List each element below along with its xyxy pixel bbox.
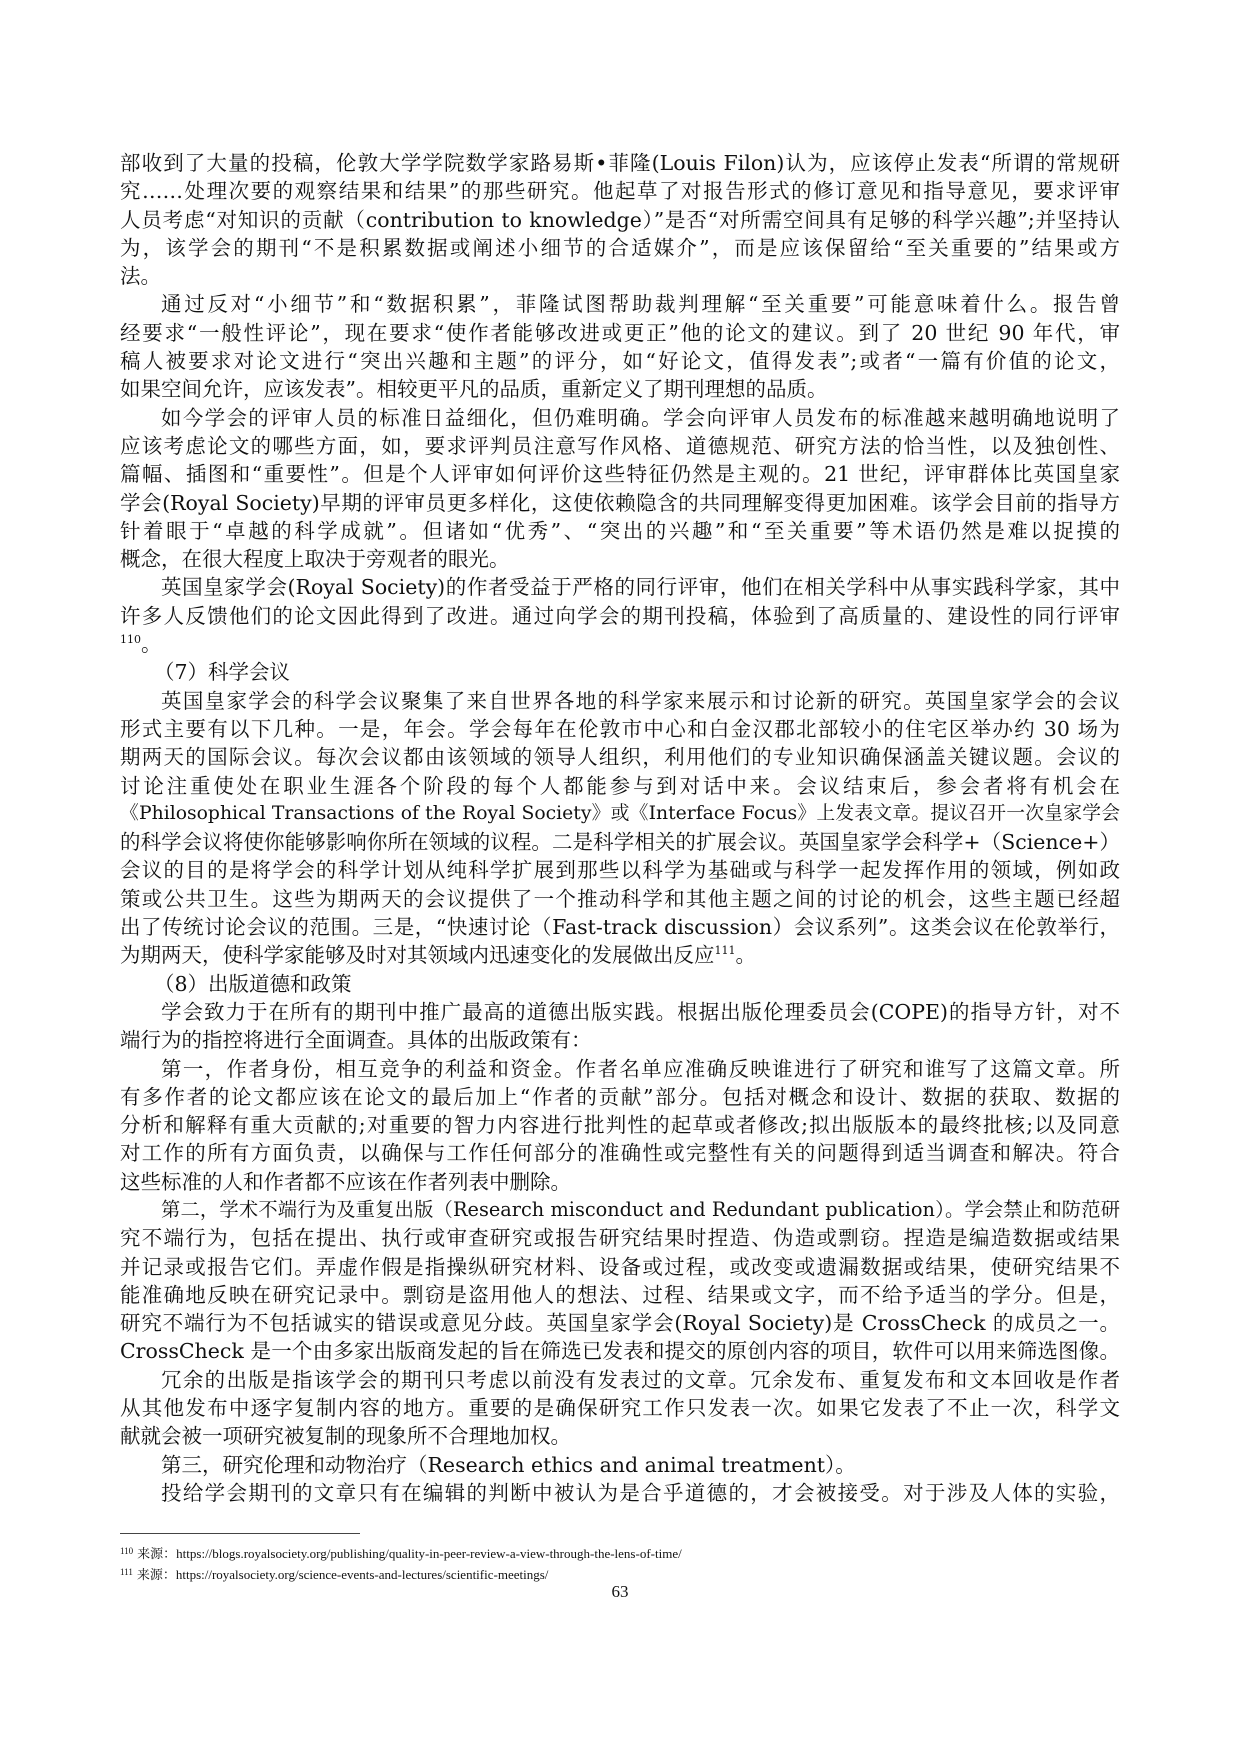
line-text: 学会致力于在所有的期刊中推广最高的道德出版实践。根据出版伦理委员会(COPE)的… — [161, 1000, 1120, 1024]
line-text: 这些标准的人和作者都不应该在作者列表中删除。 — [120, 1170, 571, 1194]
body-text: 部收到了大量的投稿，伦敦大学学院数学家路易斯•菲隆(Louis Filon)认为… — [120, 149, 1120, 1507]
text-line: 策或公共卫生。这些为期两天的会议提供了一个推动科学和其他主题之间的讨论的机会，这… — [120, 885, 1120, 913]
text-line: 许多人反馈他们的论文因此得到了改进。通过向学会的期刊投稿，体验到了高质量的、建设… — [120, 602, 1120, 630]
line-text: 概念，在很大程度上取决于旁观者的眼光。 — [120, 547, 510, 571]
text-line: 从其他发布中逐字复制内容的地方。重要的是确保研究工作只发表一次。如果它发表了不止… — [120, 1394, 1120, 1422]
line-text: 端行为的指控将进行全面调查。具体的出版政策有： — [120, 1028, 592, 1052]
line-text: 能准确地反映在研究记录中。剽窃是盗用他人的想法、过程、结果或文字，而不给予适当的… — [120, 1283, 1120, 1307]
line-text: 学会(Royal Society)早期的评审员更多样化，这使依赖隐含的共同理解变… — [120, 491, 1120, 515]
line-text: 为期两天，使科学家能够及时对其领域内迅速变化的发展做出反应 — [120, 943, 715, 967]
text-line: 对工作的所有方面负责，以确保与工作任何部分的准确性或完整性有关的问题得到适当调查… — [120, 1139, 1120, 1167]
footnote-text[interactable]: 来源：https://blogs.royalsociety.org/publis… — [137, 1546, 682, 1561]
section-heading: （7）科学会议 — [120, 658, 1120, 686]
line-text: 第三，研究伦理和动物治疗（Research ethics and animal … — [161, 1453, 856, 1477]
text-line: 《Philosophical Transactions of the Royal… — [120, 800, 1120, 828]
line-text: 并记录或报告它们。弄虚作假是指操纵研究材料、设备或过程，或改变或遗漏数据或结果，… — [120, 1255, 1120, 1279]
line-text: 对工作的所有方面负责，以确保与工作任何部分的准确性或完整性有关的问题得到适当调查… — [120, 1141, 1120, 1165]
text-line: 研究不端行为不包括诚实的错误或意见分歧。英国皇家学会(Royal Society… — [120, 1309, 1120, 1337]
text-line: 形式主要有以下几种。一是，年会。学会每年在伦敦市中心和白金汉郡北部较小的住宅区举… — [120, 715, 1120, 743]
text-line: 法。 — [120, 262, 1120, 290]
footnote-number: 110 — [120, 1546, 133, 1556]
text-line: 讨论注重使处在职业生涯各个阶段的每个人都能参与到对话中来。会议结束后，参会者将有… — [120, 772, 1120, 800]
line-text: 。 — [141, 632, 162, 656]
line-text: 如果空间允许，应该发表”。相较更平凡的品质，重新定义了期刊理想的品质。 — [120, 377, 827, 401]
line-text: 人员考虑“对知识的贡献（contribution to knowledge）”是… — [120, 208, 1120, 232]
line-text: 应该考虑论文的哪些方面，如，要求评判员注意写作风格、道德规范、研究方法的恰当性，… — [120, 434, 1120, 458]
text-line: 第二，学术不端行为及重复出版（Research misconduct and R… — [120, 1196, 1120, 1224]
line-text: 期两天的国际会议。每次会议都由该领域的领导人组织，利用他们的专业知识确保涵盖关键… — [120, 745, 1120, 769]
text-line: 应该考虑论文的哪些方面，如，要求评判员注意写作风格、道德规范、研究方法的恰当性，… — [120, 432, 1120, 460]
text-line: 能准确地反映在研究记录中。剽窃是盗用他人的想法、过程、结果或文字，而不给予适当的… — [120, 1281, 1120, 1309]
text-line: 期两天的国际会议。每次会议都由该领域的领导人组织，利用他们的专业知识确保涵盖关键… — [120, 743, 1120, 771]
footnote-text[interactable]: 来源：https://royalsociety.org/science-even… — [137, 1567, 549, 1582]
text-line: 会议的目的是将学会的科学计划从纯科学扩展到那些以科学为基础或与科学一起发挥作用的… — [120, 856, 1120, 884]
text-line: 篇幅、插图和“重要性”。但是个人评审如何评价这些特征仍然是主观的。21 世纪，评… — [120, 460, 1120, 488]
text-line: 出了传统讨论会议的范围。三是，“快速讨论（Fast-track discussi… — [120, 913, 1120, 941]
line-text: 第一，作者身份，相互竞争的利益和资金。作者名单应准确反映谁进行了研究和谁写了这篇… — [161, 1057, 1120, 1081]
line-text: 冗余的出版是指该学会的期刊只考虑以前没有发表过的文章。冗余发布、重复发布和文本回… — [161, 1368, 1120, 1392]
footnote-reference[interactable]: 110 — [120, 633, 141, 646]
text-line: 稿人被要求对论文进行“突出兴趣和主题”的评分，如“好论文，值得发表”;或者“一篇… — [120, 347, 1120, 375]
footnote-divider — [120, 1533, 360, 1534]
footnote: 110来源：https://blogs.royalsociety.org/pub… — [120, 1542, 1120, 1563]
text-line: 献就会被一项研究被复制的现象所不合理地加权。 — [120, 1422, 1120, 1450]
line-text: 第二，学术不端行为及重复出版（Research misconduct and R… — [161, 1198, 1120, 1221]
line-text: 英国皇家学会(Royal Society)的作者受益于严格的同行评审，他们在相关… — [161, 575, 1120, 599]
line-text: 献就会被一项研究被复制的现象所不合理地加权。 — [120, 1424, 571, 1448]
line-text: 篇幅、插图和“重要性”。但是个人评审如何评价这些特征仍然是主观的。21 世纪，评… — [120, 462, 1120, 486]
text-line: 学会致力于在所有的期刊中推广最高的道德出版实践。根据出版伦理委员会(COPE)的… — [120, 998, 1120, 1026]
line-text: 分析和解释有重大贡献的;对重要的智力内容进行批判性的起草或者修改;拟出版版本的最… — [120, 1113, 1120, 1137]
line-text: 究不端行为，包括在提出、执行或审查研究或报告研究结果时捏造、伪造或剽窃。捏造是编… — [120, 1226, 1120, 1250]
text-line: 有多作者的论文都应该在论文的最后加上“作者的贡献”部分。包括对概念和设计、数据的… — [120, 1083, 1120, 1111]
line-text: 研究不端行为不包括诚实的错误或意见分歧。英国皇家学会(Royal Society… — [120, 1311, 1120, 1335]
footnotes: 110来源：https://blogs.royalsociety.org/pub… — [120, 1542, 1120, 1584]
text-line: 端行为的指控将进行全面调查。具体的出版政策有： — [120, 1026, 1120, 1054]
text-line: 110。 — [120, 630, 1120, 658]
text-line: 并记录或报告它们。弄虚作假是指操纵研究材料、设备或过程，或改变或遗漏数据或结果，… — [120, 1253, 1120, 1281]
line-text: （7）科学会议 — [154, 660, 290, 684]
line-text: 如今学会的评审人员的标准日益细化，但仍难明确。学会向评审人员发布的标准越来越明确… — [161, 406, 1120, 430]
line-text: 英国皇家学会的科学会议聚集了来自世界各地的科学家来展示和讨论新的研究。英国皇家学… — [161, 689, 1120, 713]
text-line: 人员考虑“对知识的贡献（contribution to knowledge）”是… — [120, 206, 1120, 234]
text-line: 第三，研究伦理和动物治疗（Research ethics and animal … — [120, 1451, 1120, 1479]
text-line: 投给学会期刊的文章只有在编辑的判断中被认为是合乎道德的，才会被接受。对于涉及人体… — [120, 1479, 1120, 1507]
text-line: 的科学会议将使你能够影响你所在领域的议程。二是科学相关的扩展会议。英国皇家学会科… — [120, 828, 1120, 856]
line-text: 许多人反馈他们的论文因此得到了改进。通过向学会的期刊投稿，体验到了高质量的、建设… — [120, 604, 1120, 628]
text-line: 如果空间允许，应该发表”。相较更平凡的品质，重新定义了期刊理想的品质。 — [120, 375, 1120, 403]
line-text: 会议的目的是将学会的科学计划从纯科学扩展到那些以科学为基础或与科学一起发挥作用的… — [120, 858, 1120, 882]
line-text: 的科学会议将使你能够影响你所在领域的议程。二是科学相关的扩展会议。英国皇家学会科… — [120, 830, 1120, 854]
line-text: CrossCheck 是一个由多家出版商发起的旨在筛选已发表和提交的原创内容的项… — [120, 1339, 1120, 1363]
text-line: 英国皇家学会(Royal Society)的作者受益于严格的同行评审，他们在相关… — [120, 573, 1120, 601]
text-line: 究不端行为，包括在提出、执行或审查研究或报告研究结果时捏造、伪造或剽窃。捏造是编… — [120, 1224, 1120, 1252]
section-heading: （8）出版道德和政策 — [120, 970, 1120, 998]
text-line: 冗余的出版是指该学会的期刊只考虑以前没有发表过的文章。冗余发布、重复发布和文本回… — [120, 1366, 1120, 1394]
text-line: 究……处理次要的观察结果和结果”的那些研究。他起草了对报告形式的修订意见和指导意… — [120, 177, 1120, 205]
line-text: 出了传统讨论会议的范围。三是，“快速讨论（Fast-track discussi… — [120, 915, 1120, 939]
text-line: 分析和解释有重大贡献的;对重要的智力内容进行批判性的起草或者修改;拟出版版本的最… — [120, 1111, 1120, 1139]
text-line: 第一，作者身份，相互竞争的利益和资金。作者名单应准确反映谁进行了研究和谁写了这篇… — [120, 1055, 1120, 1083]
line-text: 经要求“一般性评论”，现在要求“使作者能够改进或更正”他的论文的建议。到了 20… — [120, 321, 1120, 345]
text-line: 部收到了大量的投稿，伦敦大学学院数学家路易斯•菲隆(Louis Filon)认为… — [120, 149, 1120, 177]
line-text: （8）出版道德和政策 — [154, 972, 352, 996]
page-number: 63 — [0, 1582, 1240, 1602]
line-text: 投给学会期刊的文章只有在编辑的判断中被认为是合乎道德的，才会被接受。对于涉及人体… — [161, 1481, 1120, 1505]
line-text: 部收到了大量的投稿，伦敦大学学院数学家路易斯•菲隆(Louis Filon)认为… — [120, 151, 1120, 175]
text-line: 针着眼于“卓越的科学成就”。但诸如“优秀”、“突出的兴趣”和“至关重要”等术语仍… — [120, 517, 1120, 545]
text-line: 学会(Royal Society)早期的评审员更多样化，这使依赖隐含的共同理解变… — [120, 489, 1120, 517]
line-text: 讨论注重使处在职业生涯各个阶段的每个人都能参与到对话中来。会议结束后，参会者将有… — [120, 774, 1120, 798]
document-page: 部收到了大量的投稿，伦敦大学学院数学家路易斯•菲隆(Louis Filon)认为… — [0, 0, 1240, 1753]
text-line: 通过反对“小细节”和“数据积累”，菲隆试图帮助裁判理解“至关重要”可能意味着什么… — [120, 290, 1120, 318]
line-text: 针着眼于“卓越的科学成就”。但诸如“优秀”、“突出的兴趣”和“至关重要”等术语仍… — [120, 519, 1120, 543]
footnote: 111来源：https://royalsociety.org/science-e… — [120, 1563, 1120, 1584]
line-text: 策或公共卫生。这些为期两天的会议提供了一个推动科学和其他主题之间的讨论的机会，这… — [120, 887, 1120, 911]
line-text: 为，该学会的期刊“不是积累数据或阐述小细节的合适媒介”，而是应该保留给“至关重要… — [120, 236, 1120, 260]
text-line: 经要求“一般性评论”，现在要求“使作者能够改进或更正”他的论文的建议。到了 20… — [120, 319, 1120, 347]
footnote-reference[interactable]: 111 — [715, 944, 736, 957]
text-line: 这些标准的人和作者都不应该在作者列表中删除。 — [120, 1168, 1120, 1196]
line-text: 从其他发布中逐字复制内容的地方。重要的是确保研究工作只发表一次。如果它发表了不止… — [120, 1396, 1120, 1420]
text-line: 英国皇家学会的科学会议聚集了来自世界各地的科学家来展示和讨论新的研究。英国皇家学… — [120, 687, 1120, 715]
text-line: 概念，在很大程度上取决于旁观者的眼光。 — [120, 545, 1120, 573]
line-text: 法。 — [120, 264, 161, 288]
line-text: 《Philosophical Transactions of the Royal… — [120, 803, 1120, 824]
line-text: 稿人被要求对论文进行“突出兴趣和主题”的评分，如“好论文，值得发表”;或者“一篇… — [120, 349, 1120, 373]
line-text: 通过反对“小细节”和“数据积累”，菲隆试图帮助裁判理解“至关重要”可能意味着什么… — [161, 292, 1120, 316]
text-line: 如今学会的评审人员的标准日益细化，但仍难明确。学会向评审人员发布的标准越来越明确… — [120, 404, 1120, 432]
text-line: CrossCheck 是一个由多家出版商发起的旨在筛选已发表和提交的原创内容的项… — [120, 1337, 1120, 1365]
text-line: 为期两天，使科学家能够及时对其领域内迅速变化的发展做出反应111。 — [120, 941, 1120, 969]
line-text-tail: 。 — [736, 943, 757, 967]
line-text: 究……处理次要的观察结果和结果”的那些研究。他起草了对报告形式的修订意见和指导意… — [120, 179, 1120, 203]
line-text: 有多作者的论文都应该在论文的最后加上“作者的贡献”部分。包括对概念和设计、数据的… — [120, 1085, 1120, 1109]
footnote-number: 111 — [120, 1567, 133, 1577]
text-line: 为，该学会的期刊“不是积累数据或阐述小细节的合适媒介”，而是应该保留给“至关重要… — [120, 234, 1120, 262]
line-text: 形式主要有以下几种。一是，年会。学会每年在伦敦市中心和白金汉郡北部较小的住宅区举… — [120, 717, 1120, 741]
